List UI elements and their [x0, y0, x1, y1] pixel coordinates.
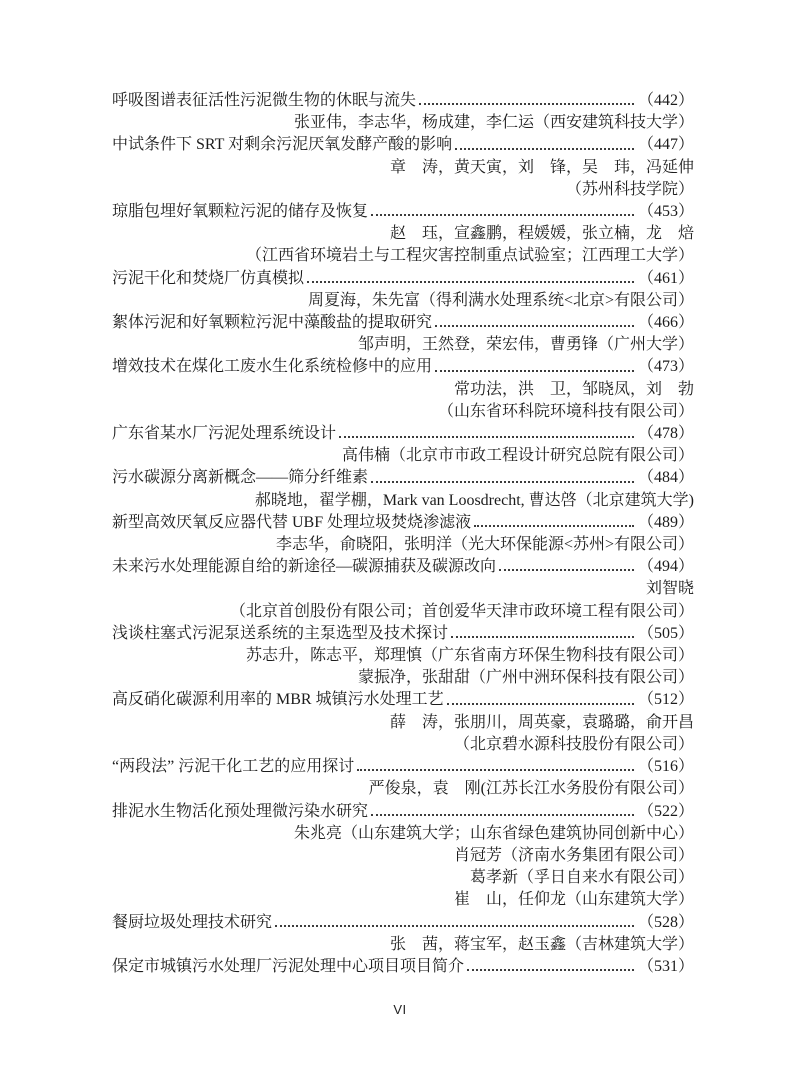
entry-page-number: （489）	[638, 512, 694, 534]
toc-entry: “两段法” 污泥干化工艺的应用探讨 （516） 严俊泉，袁 刚(江苏长江水务股份…	[112, 756, 694, 800]
entry-title: 絮体污泥和好氧颗粒污泥中藻酸盐的提取研究	[112, 312, 432, 334]
entry-author-line: 张亚伟，李志华，杨成建，李仁运（西安建筑科技大学）	[112, 112, 694, 134]
entry-title-line: 未来污水处理能源自给的新途径—碳源捕获及碳源改向 （494）	[112, 556, 694, 578]
entry-title: 中试条件下 SRT 对剩余污泥厌氧发酵产酸的影响	[112, 134, 452, 156]
entry-page-number: （442）	[638, 90, 694, 112]
toc-entry: 高反硝化碳源利用率的 MBR 城镇污水处理工艺 （512） 薛 涛，张朋川，周英…	[112, 689, 694, 756]
entry-title-line: 增效技术在煤化工废水生化系统检修中的应用 （473）	[112, 356, 694, 378]
toc-entry: 增效技术在煤化工废水生化系统检修中的应用 （473） 常功法，洪 卫，邹晓凤，刘…	[112, 356, 694, 423]
entry-author-line: 刘智晓	[112, 578, 694, 600]
entry-title-line: 高反硝化碳源利用率的 MBR 城镇污水处理工艺 （512）	[112, 689, 694, 711]
entry-title: 排泥水生物活化预处理微污染水研究	[112, 801, 368, 823]
entry-title: 餐厨垃圾处理技术研究	[112, 912, 272, 934]
entry-author-line: 崔 山，任仰龙（山东建筑大学）	[112, 889, 694, 911]
entry-title: 高反硝化碳源利用率的 MBR 城镇污水处理工艺	[112, 689, 444, 711]
entry-author-line: 邹声明，王然登，荣宏伟，曹勇锋（广州大学）	[112, 334, 694, 356]
entry-title: 呼吸图谱表征活性污泥微生物的休眠与流失	[112, 90, 416, 112]
dot-leader	[275, 925, 634, 927]
entry-title: “两段法” 污泥干化工艺的应用探讨	[112, 756, 354, 778]
entry-page-number: （473）	[638, 356, 694, 378]
entry-title-line: 浅谈柱塞式污泥泵送系统的主泵选型及技术探讨 （505）	[112, 623, 694, 645]
toc-entry: 新型高效厌氧反应器代替 UBF 处理垃圾焚烧渗滤液 （489） 李志华，俞晓阳，…	[112, 512, 694, 556]
entry-title: 浅谈柱塞式污泥泵送系统的主泵选型及技术探讨	[112, 623, 448, 645]
dot-leader	[339, 436, 634, 438]
toc-entry: 中试条件下 SRT 对剩余污泥厌氧发酵产酸的影响 （447） 章 涛，黄天寅，刘…	[112, 134, 694, 201]
page-number-footer: VI	[0, 1002, 800, 1017]
toc-entry: 絮体污泥和好氧颗粒污泥中藻酸盐的提取研究 （466） 邹声明，王然登，荣宏伟，曹…	[112, 312, 694, 356]
entry-author-line: 苏志升，陈志平，郑理慎（广东省南方环保生物科技有限公司）	[112, 645, 694, 667]
entry-title: 新型高效厌氧反应器代替 UBF 处理垃圾焚烧渗滤液	[112, 512, 471, 534]
entry-page-number: （528）	[638, 912, 694, 934]
entry-page-number: （522）	[638, 801, 694, 823]
entry-page-number: （531）	[638, 956, 694, 978]
entry-page-number: （453）	[638, 201, 694, 223]
toc-entry: 污水碳源分离新概念——筛分纤维素 （484） 郝晓地，翟学棚，Mark van …	[112, 467, 694, 511]
entry-title-line: 保定市城镇污水处理厂污泥处理中心项目项目简介 （531）	[112, 956, 694, 978]
dot-leader	[467, 969, 634, 971]
toc-entry: 未来污水处理能源自给的新途径—碳源捕获及碳源改向 （494） 刘智晓 （北京首创…	[112, 556, 694, 623]
entry-author-line: 肖冠芳（济南水务集团有限公司）	[112, 845, 694, 867]
dot-leader	[455, 148, 634, 150]
toc-entry: 排泥水生物活化预处理微污染水研究 （522） 朱兆亮（山东建筑大学；山东省绿色建…	[112, 801, 694, 912]
entry-affiliation-line: （苏州科技学院）	[112, 179, 694, 201]
entry-page-number: （512）	[638, 689, 694, 711]
entry-affiliation-line: （山东省环科院环境科技有限公司）	[112, 401, 694, 423]
entry-title: 污泥干化和焚烧厂仿真模拟	[112, 268, 304, 290]
dot-leader	[499, 569, 634, 571]
entry-page-number: （466）	[638, 312, 694, 334]
dot-leader	[357, 769, 634, 771]
entry-page-number: （505）	[638, 623, 694, 645]
entry-title: 未来污水处理能源自给的新途径—碳源捕获及碳源改向	[112, 556, 496, 578]
entry-page-number: （447）	[638, 134, 694, 156]
entry-author-line: 章 涛，黄天寅，刘 锋，吴 玮，冯延伸	[112, 157, 694, 179]
entry-page-number: （494）	[638, 556, 694, 578]
entry-title-line: 排泥水生物活化预处理微污染水研究 （522）	[112, 801, 694, 823]
dot-leader	[371, 814, 634, 816]
toc-entry: 广东省某水厂污泥处理系统设计 （478） 高伟楠（北京市市政工程设计研究总院有限…	[112, 423, 694, 467]
dot-leader	[451, 636, 634, 638]
entry-title-line: 餐厨垃圾处理技术研究 （528）	[112, 912, 694, 934]
dot-leader	[371, 214, 634, 216]
entry-title: 污水碳源分离新概念——筛分纤维素	[112, 467, 368, 489]
entry-title-line: 污泥干化和焚烧厂仿真模拟 （461）	[112, 268, 694, 290]
dot-leader	[435, 325, 634, 327]
entry-author-line: 严俊泉，袁 刚(江苏长江水务股份有限公司）	[112, 778, 694, 800]
entry-title: 保定市城镇污水处理厂污泥处理中心项目项目简介	[112, 956, 464, 978]
entry-author-line: 张 茜，蒋宝军，赵玉鑫（吉林建筑大学）	[112, 934, 694, 956]
toc-entry: 污泥干化和焚烧厂仿真模拟 （461） 周夏海，朱先富（得利满水处理系统<北京>有…	[112, 268, 694, 312]
entry-page-number: （484）	[638, 467, 694, 489]
entry-author-line: 常功法，洪 卫，邹晓凤，刘 勃	[112, 379, 694, 401]
dot-leader	[447, 703, 634, 705]
entry-affiliation-line: （北京首创股份有限公司；首创爱华天津市政环境工程有限公司）	[112, 601, 694, 623]
dot-leader	[307, 281, 634, 283]
entry-author-line: 李志华，俞晓阳，张明洋（光大环保能源<苏州>有限公司）	[112, 534, 694, 556]
dot-leader	[435, 370, 634, 372]
entry-author-line: 周夏海，朱先富（得利满水处理系统<北京>有限公司）	[112, 290, 694, 312]
entry-affiliation-line: （江西省环境岩土与工程灾害控制重点试验室；江西理工大学）	[112, 245, 694, 267]
entry-author-line: 朱兆亮（山东建筑大学；山东省绿色建筑协同创新中心）	[112, 823, 694, 845]
entry-title-line: 琼脂包埋好氧颗粒污泥的储存及恢复 （453）	[112, 201, 694, 223]
entry-author-line: 蒙振净，张甜甜（广州中洲环保科技有限公司）	[112, 667, 694, 689]
entry-author-line: 葛孝新（孚日自来水有限公司）	[112, 867, 694, 889]
toc-entry: 呼吸图谱表征活性污泥微生物的休眠与流失 （442） 张亚伟，李志华，杨成建，李仁…	[112, 90, 694, 134]
entry-author-line: 高伟楠（北京市市政工程设计研究总院有限公司）	[112, 445, 694, 467]
toc-entry: 保定市城镇污水处理厂污泥处理中心项目项目简介 （531）	[112, 956, 694, 978]
entry-title-line: 新型高效厌氧反应器代替 UBF 处理垃圾焚烧渗滤液 （489）	[112, 512, 694, 534]
toc-entry: 浅谈柱塞式污泥泵送系统的主泵选型及技术探讨 （505） 苏志升，陈志平，郑理慎（…	[112, 623, 694, 690]
entry-title-line: 污水碳源分离新概念——筛分纤维素 （484）	[112, 467, 694, 489]
entry-page-number: （478）	[638, 423, 694, 445]
entry-author-line: 郝晓地，翟学棚，Mark van Loosdrecht, 曹达啓（北京建筑大学)	[112, 490, 694, 512]
entry-title-line: 呼吸图谱表征活性污泥微生物的休眠与流失 （442）	[112, 90, 694, 112]
entry-page-number: （461）	[638, 268, 694, 290]
entry-title-line: 广东省某水厂污泥处理系统设计 （478）	[112, 423, 694, 445]
entry-affiliation-line: （北京碧水源科技股份有限公司）	[112, 734, 694, 756]
dot-leader	[474, 525, 634, 527]
dot-leader	[371, 481, 634, 483]
entry-page-number: （516）	[638, 756, 694, 778]
entry-title-line: 中试条件下 SRT 对剩余污泥厌氧发酵产酸的影响 （447）	[112, 134, 694, 156]
entry-title-line: “两段法” 污泥干化工艺的应用探讨 （516）	[112, 756, 694, 778]
dot-leader	[419, 103, 634, 105]
entry-title: 琼脂包埋好氧颗粒污泥的储存及恢复	[112, 201, 368, 223]
entry-author-line: 薛 涛，张朋川，周英豪，袁璐璐，俞开昌	[112, 712, 694, 734]
toc-entry: 餐厨垃圾处理技术研究 （528） 张 茜，蒋宝军，赵玉鑫（吉林建筑大学）	[112, 912, 694, 956]
entry-title-line: 絮体污泥和好氧颗粒污泥中藻酸盐的提取研究 （466）	[112, 312, 694, 334]
entry-title: 增效技术在煤化工废水生化系统检修中的应用	[112, 356, 432, 378]
entry-author-line: 赵 珏，宣鑫鹏，程媛媛，张立楠，龙 焙	[112, 223, 694, 245]
table-of-contents: 呼吸图谱表征活性污泥微生物的休眠与流失 （442） 张亚伟，李志华，杨成建，李仁…	[112, 90, 694, 978]
toc-entry: 琼脂包埋好氧颗粒污泥的储存及恢复 （453） 赵 珏，宣鑫鹏，程媛媛，张立楠，龙…	[112, 201, 694, 268]
entry-title: 广东省某水厂污泥处理系统设计	[112, 423, 336, 445]
